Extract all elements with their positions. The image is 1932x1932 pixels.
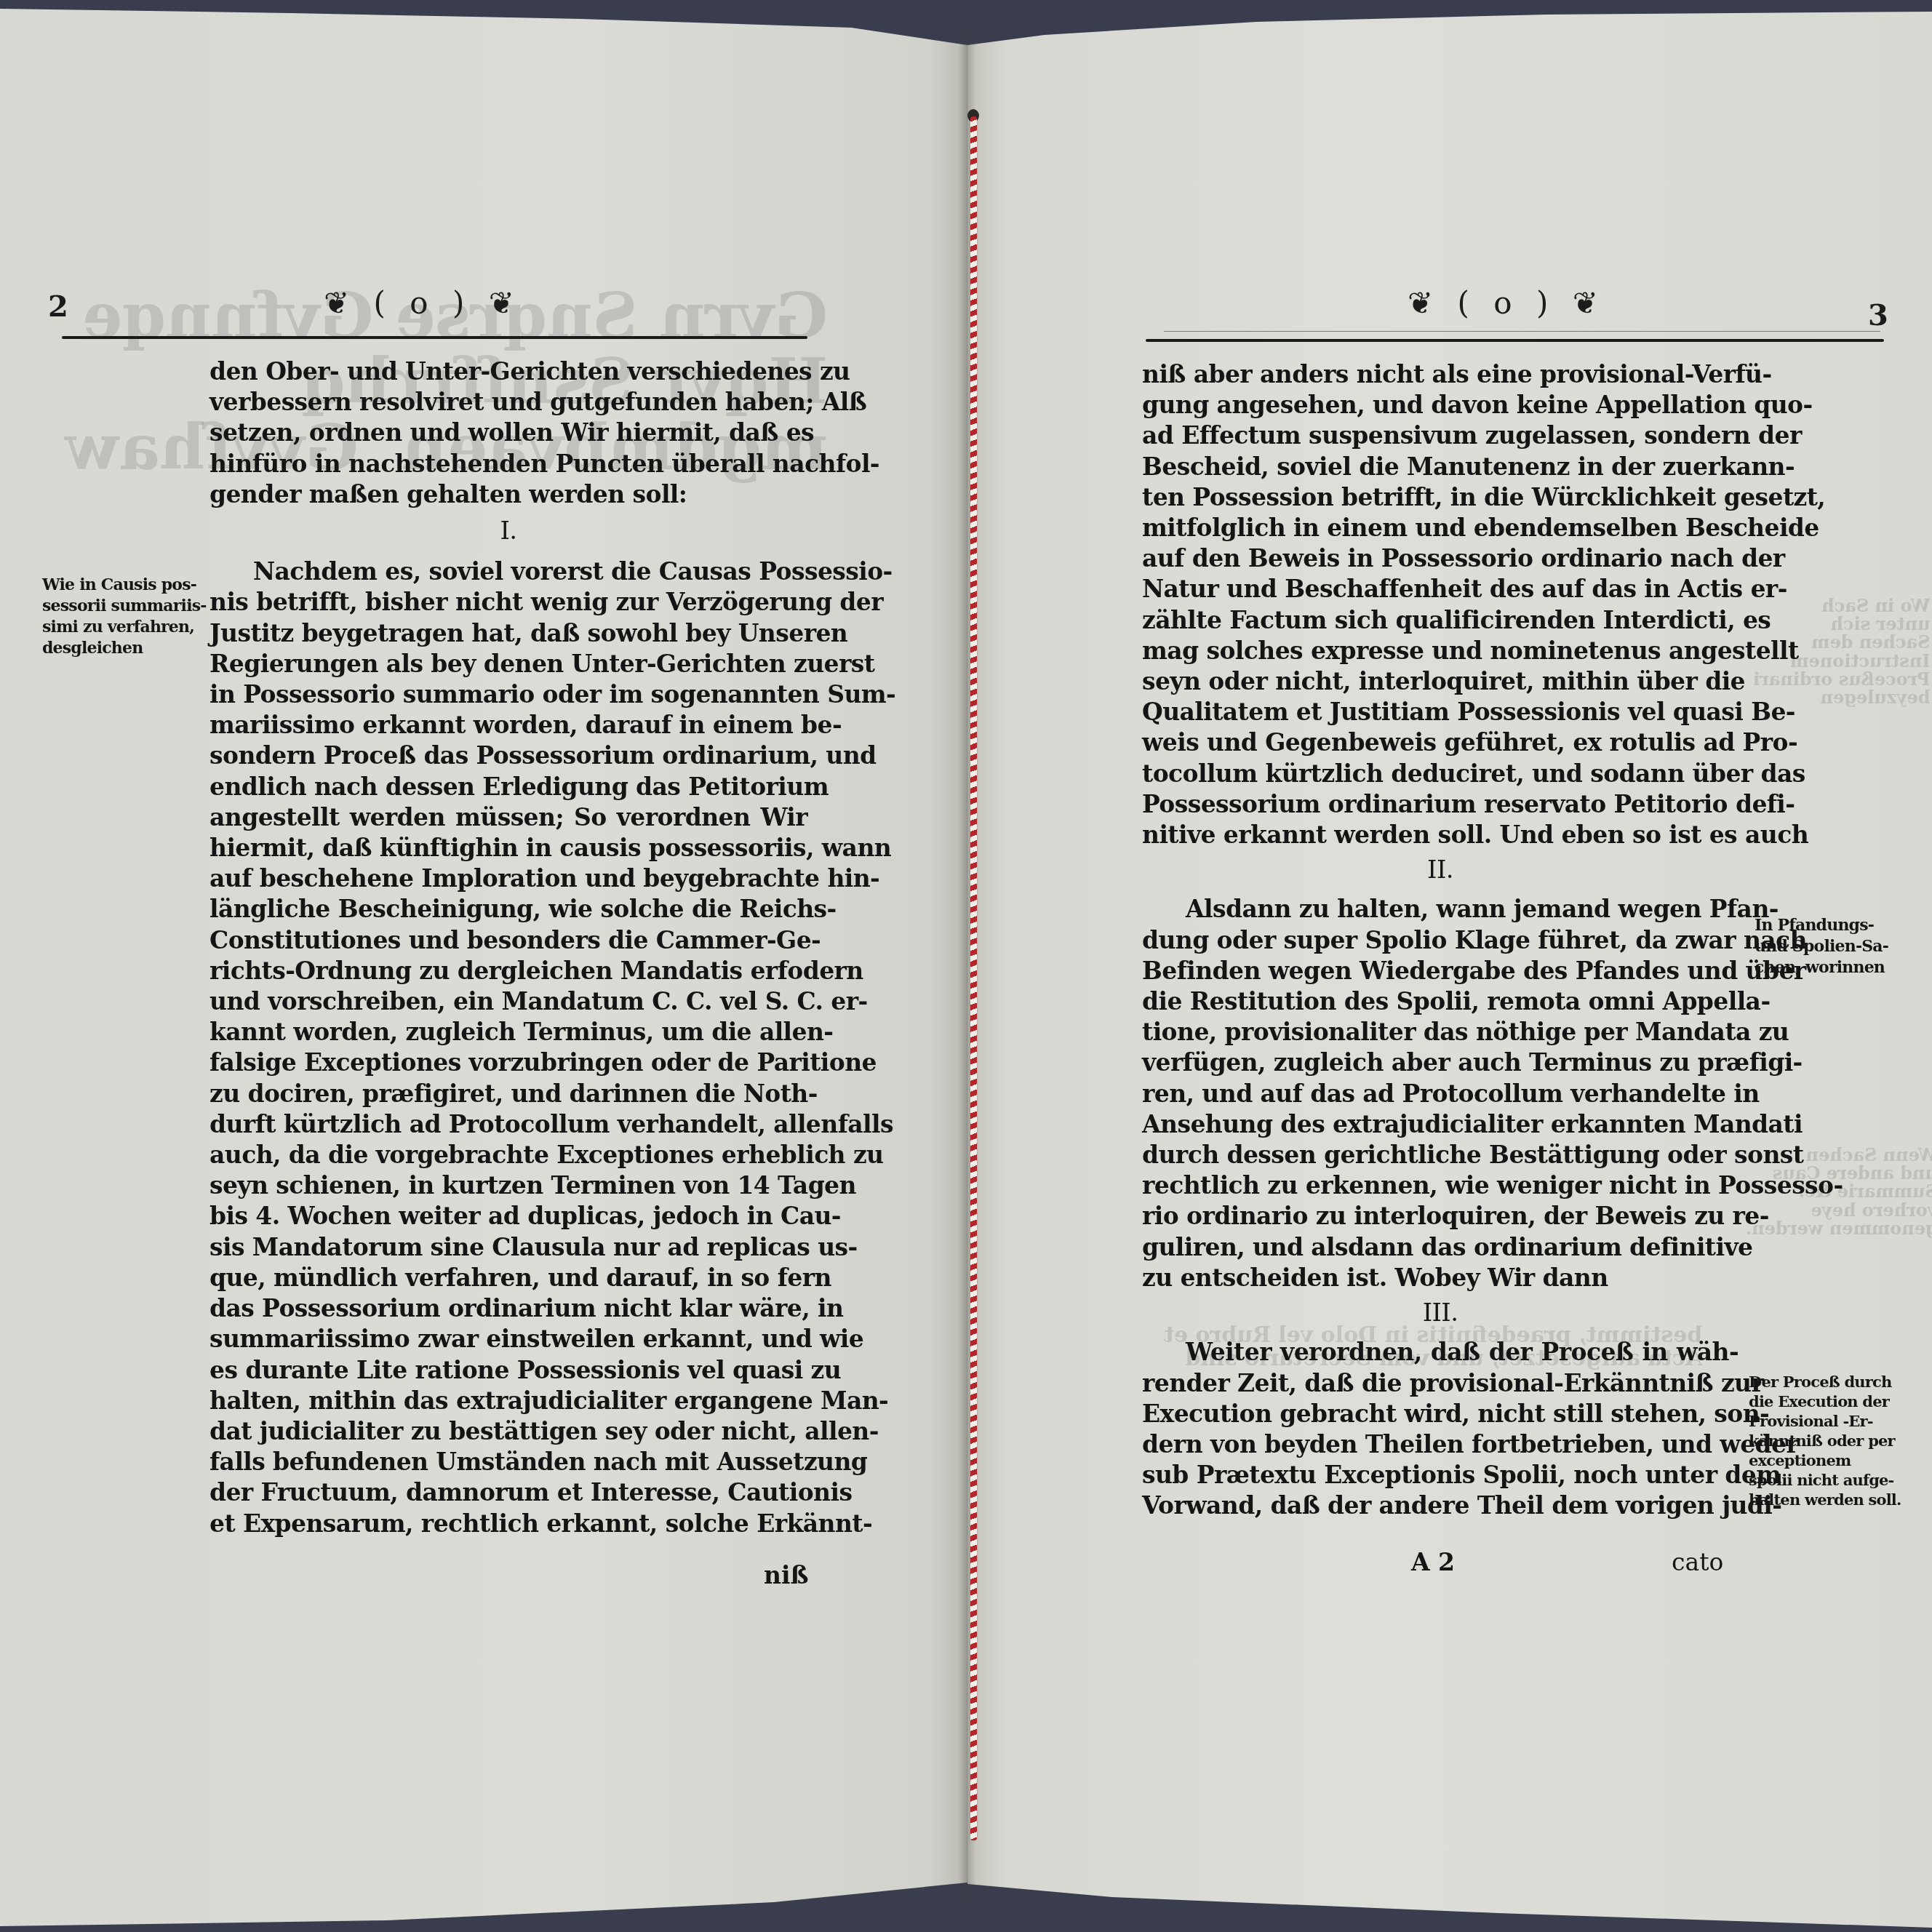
text-line: sis Mandatorum sine Clausula nur ad repl…	[209, 1232, 807, 1263]
text-line: ten Possession betrifft, in die Würcklic…	[1142, 482, 1739, 513]
text-line: seyn schienen, in kurtzen Terminen von 1…	[209, 1170, 807, 1201]
text-line: Bescheid, soviel die Manutenenz in der z…	[1142, 452, 1739, 482]
text-line: que, mündlich verfahren, und darauf, in …	[209, 1263, 807, 1293]
text-line: die Restitution des Spolii, remota omni …	[1142, 986, 1739, 1017]
text-line: nis betrifft, bisher nicht wenig zur Ver…	[209, 587, 807, 618]
text-line: et Expensarum, rechtlich erkannt, solche…	[209, 1509, 807, 1539]
text-line: Befinden wegen Wiedergabe des Pfandes un…	[1142, 956, 1739, 986]
text-line: zu entscheiden ist. Wobey Wir dann	[1142, 1263, 1739, 1293]
header-rule-right-thin	[1164, 331, 1880, 332]
text-line: Ansehung des extrajudicialiter erkannten…	[1142, 1109, 1739, 1140]
text-line: Regierungen als bey denen Unter-Gerichte…	[209, 649, 807, 679]
header-ornament-left: ❦ ( o ) ❦	[324, 285, 522, 321]
text-line: falls befundenen Umständen nach mit Auss…	[209, 1447, 807, 1477]
margin-note-section-2: In Pfandungs- und Spolien-Sa- chen, wori…	[1755, 915, 1888, 978]
text-line: dern von beyden Theilen fortbetrieben, u…	[1142, 1429, 1739, 1460]
text-line: gung angesehen, und davon keine Appellat…	[1142, 390, 1739, 420]
text-line: verfügen, zugleich aber auch Terminus zu…	[1142, 1047, 1739, 1078]
text-line: seyn oder nicht, interloquiret, mithin ü…	[1142, 666, 1739, 697]
text-line: ad Effectum suspensivum zugelassen, sond…	[1142, 420, 1739, 451]
binding-cord	[970, 116, 977, 1840]
text-line: dat judicialiter zu bestättigen sey oder…	[209, 1416, 807, 1447]
text-line: ren, und auf das ad Protocollum verhande…	[1142, 1079, 1739, 1109]
text-line: Possessorium ordinarium reservato Petito…	[1142, 789, 1739, 820]
section-heading-III: III.	[1142, 1298, 1739, 1328]
text-line: mitfolglich in einem und ebendemselben B…	[1142, 513, 1739, 543]
text-line: dung oder super Spolio Klage führet, da …	[1142, 925, 1739, 956]
text-line: das Possessorium ordinarium nicht klar w…	[209, 1293, 807, 1324]
text-line: Vorwand, daß der andere Theil dem vorige…	[1142, 1490, 1739, 1521]
text-line: guliren, und alsdann das ordinarium defi…	[1142, 1232, 1739, 1263]
text-line: weis und Gegenbeweis geführet, ex rotuli…	[1142, 727, 1739, 758]
text-line: render Zeit, daß die provisional-Erkännt…	[1142, 1368, 1739, 1399]
text-line: längliche Bescheinigung, wie solche die …	[209, 894, 807, 925]
text-line: endlich nach dessen Erledigung das Petit…	[209, 772, 807, 802]
text-line: sub Prætextu Exceptionis Spolii, noch un…	[1142, 1460, 1739, 1490]
text-line: niß aber anders nicht als eine provision…	[1142, 359, 1739, 390]
text-line: setzen, ordnen und wollen Wir hiermit, d…	[209, 418, 807, 448]
text-line: Execution gebracht wird, nicht still ste…	[1142, 1399, 1739, 1429]
left-page-body: den Ober- und Unter-Gerichten verschiede…	[209, 356, 807, 1539]
margin-note-section-1: Wie in Causis pos- sessorii summariis- s…	[42, 575, 207, 659]
page-number-left: 2	[48, 290, 68, 324]
text-line: in Possessorio summario oder im sogenann…	[209, 679, 807, 710]
text-line: mariissimo erkannt worden, darauf in ein…	[209, 710, 807, 741]
text-line: Constitutiones und besonders die Cammer-…	[209, 925, 807, 956]
text-line: hiermit, daß künftighin in causis posses…	[209, 833, 807, 863]
catchword-right: cato	[1672, 1548, 1723, 1576]
text-line: richts-Ordnung zu dergleichen Mandatis e…	[209, 956, 807, 986]
text-line: mag solches expresse und nominetenus ang…	[1142, 636, 1739, 666]
text-line: sondern Proceß das Possessorium ordinari…	[209, 741, 807, 771]
text-line: den Ober- und Unter-Gerichten verschiede…	[209, 356, 807, 387]
text-line: Nachdem es, soviel vorerst die Causas Po…	[209, 556, 807, 587]
header-rule-left	[62, 336, 807, 339]
text-line: Alsdann zu halten, wann jemand wegen Pfa…	[1142, 894, 1739, 925]
text-line: zu dociren, præfigiret, und darinnen die…	[209, 1079, 807, 1109]
text-line: Qualitatem et Justitiam Possessionis vel…	[1142, 697, 1739, 727]
text-line: nitive erkannt werden soll. Und eben so …	[1142, 820, 1739, 850]
margin-note-section-3: Der Proceß durch die Execution der Provi…	[1749, 1372, 1901, 1509]
text-line: kannt worden, zugleich Terminus, um die …	[209, 1017, 807, 1047]
signature-mark: A 2	[1411, 1548, 1455, 1576]
right-page-body: niß aber anders nicht als eine provision…	[1142, 359, 1739, 1522]
text-line: auch, da die vorgebrachte Exceptiones er…	[209, 1140, 807, 1170]
text-line: bis 4. Wochen weiter ad duplicas, jedoch…	[209, 1201, 807, 1232]
page-number-right: 3	[1868, 298, 1888, 332]
text-line: falsige Exceptiones vorzubringen oder de…	[209, 1047, 807, 1078]
header-rule-right	[1146, 339, 1884, 342]
text-line: auf beschehene Imploration und beygebrac…	[209, 863, 807, 894]
text-line: auf den Beweis in Possessorio ordinario …	[1142, 543, 1739, 574]
text-line: angestellt werden müssen; So verordnen W…	[209, 802, 807, 833]
text-line: der Fructuum, damnorum et Interesse, Cau…	[209, 1477, 807, 1508]
text-line: Justitz beygetragen hat, daß sowohl bey …	[209, 618, 807, 649]
text-line: durch dessen gerichtliche Bestättigung o…	[1142, 1140, 1739, 1170]
text-line: durft kürtzlich ad Protocollum verhandel…	[209, 1109, 807, 1140]
text-line: rechtlich zu erkennen, wie weniger nicht…	[1142, 1170, 1739, 1201]
section-heading-II: II.	[1142, 855, 1739, 885]
text-line: Natur und Beschaffenheit des auf das in …	[1142, 574, 1739, 604]
text-line: Weiter verordnen, daß der Proceß in wäh-	[1142, 1337, 1739, 1368]
catchword-left: niß	[764, 1561, 809, 1589]
text-line: verbessern resolviret und gutgefunden ha…	[209, 387, 807, 418]
text-line: es durante Lite ratione Possessionis vel…	[209, 1355, 807, 1386]
text-line: rio ordinario zu interloquiren, der Bewe…	[1142, 1201, 1739, 1232]
section-heading-I: I.	[209, 516, 807, 546]
text-line: hinfüro in nachstehenden Puncten überall…	[209, 449, 807, 479]
text-line: tocollum kürtzlich deduciret, und sodann…	[1142, 759, 1739, 789]
text-line: tione, provisionaliter das nöthige per M…	[1142, 1017, 1739, 1047]
header-ornament-right: ❦ ( o ) ❦	[1408, 285, 1605, 321]
text-line: zählte Factum sich qualificirenden Inter…	[1142, 605, 1739, 636]
text-line: halten, mithin das extrajudicialiter erg…	[209, 1386, 807, 1416]
text-line: gender maßen gehalten werden soll:	[209, 479, 807, 510]
text-line: und vorschreiben, ein Mandatum C. C. vel…	[209, 986, 807, 1017]
text-line: summariissimo zwar einstweilen erkannt, …	[209, 1324, 807, 1354]
